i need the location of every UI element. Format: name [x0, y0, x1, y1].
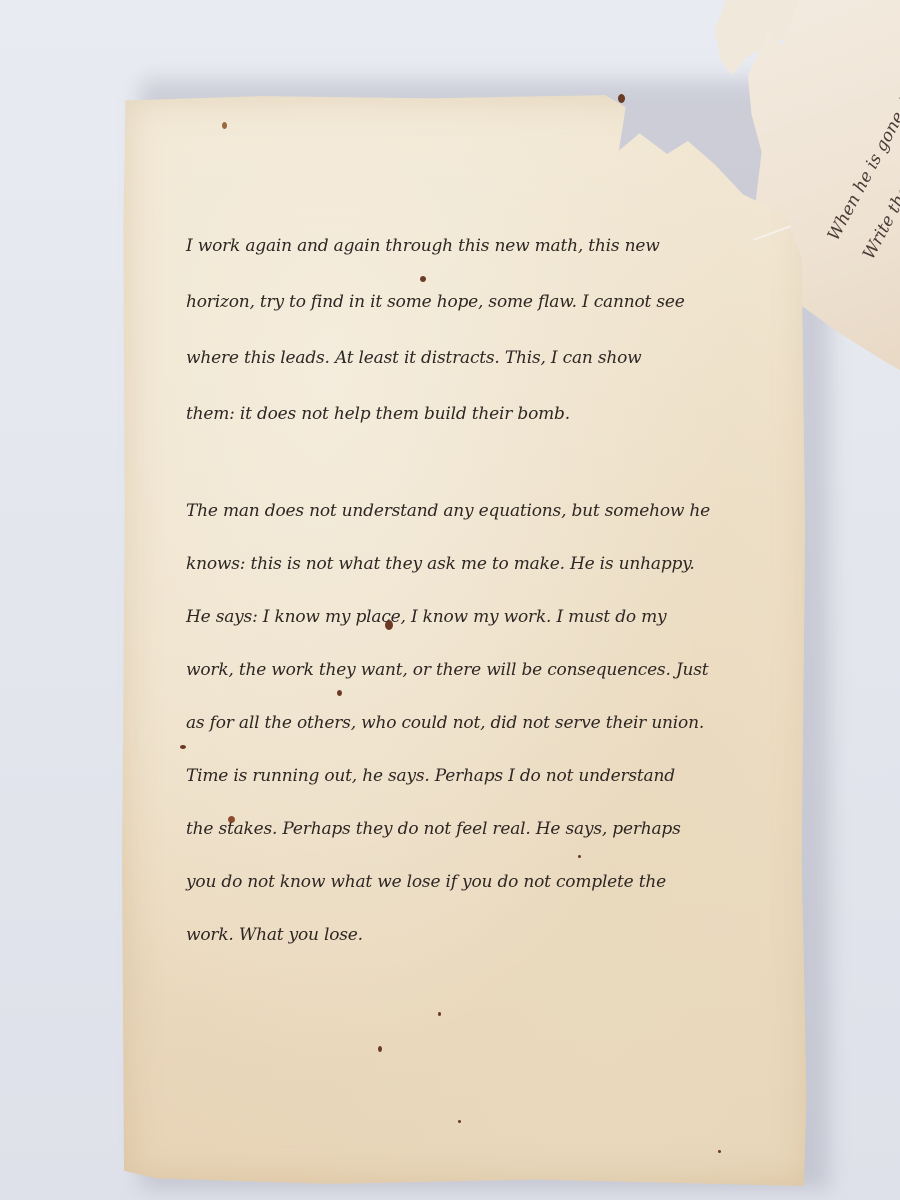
text-line: them: it does not help them build their …	[186, 386, 786, 442]
paragraph-2: The man does not understand any equation…	[186, 485, 786, 962]
text-line: the stakes. Perhaps they do not feel rea…	[186, 803, 786, 856]
text-line: Time is running out, he says. Perhaps I …	[186, 750, 786, 803]
ink-speck	[718, 1150, 721, 1153]
ink-speck	[378, 1046, 382, 1052]
ink-speck	[618, 94, 625, 103]
text-line: work, the work they want, or there will …	[186, 644, 786, 697]
text-line: He says: I know my place, I know my work…	[186, 591, 786, 644]
text-line: you do not know what we lose if you do n…	[186, 856, 786, 909]
text-line: knows: this is not what they ask me to m…	[186, 538, 786, 591]
text-line: work. What you lose.	[186, 909, 786, 962]
ink-speck	[222, 122, 227, 129]
text-line: I work again and again through this new …	[186, 218, 786, 274]
ink-speck	[438, 1012, 441, 1016]
paragraph-1: I work again and again through this new …	[186, 218, 786, 442]
text-line: The man does not understand any equation…	[186, 485, 786, 538]
text-line: as for all the others, who could not, di…	[186, 697, 786, 750]
ink-speck	[458, 1120, 461, 1123]
text-line: horizon, try to find in it some hope, so…	[186, 274, 786, 330]
text-line: where this leads. At least it distracts.…	[186, 330, 786, 386]
